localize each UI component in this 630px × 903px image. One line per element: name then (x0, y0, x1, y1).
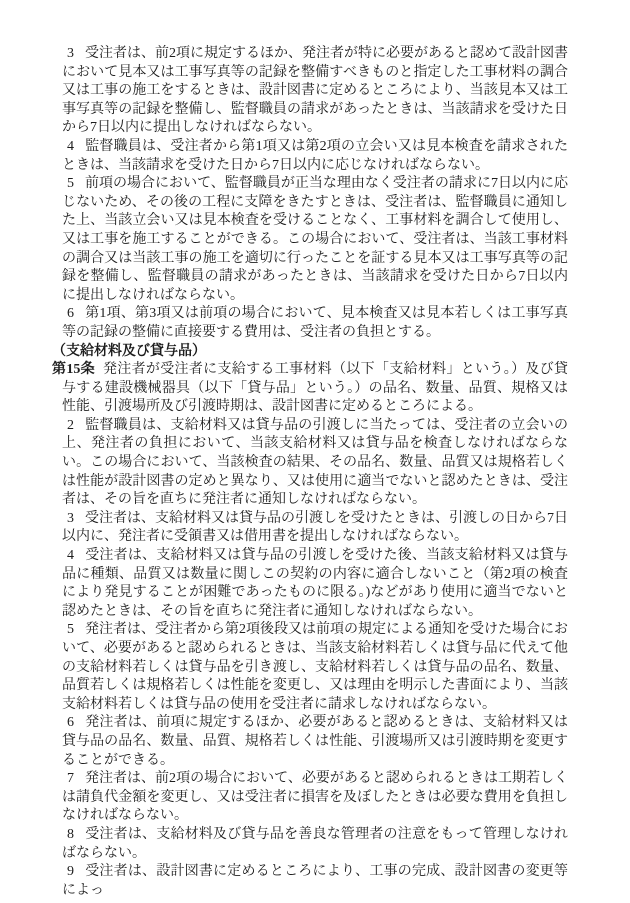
clause-text: 監督職員は、支給材料又は貸与品の引渡しに当たっては、受注者の立会いの上、発注者の… (62, 418, 568, 507)
clause-number: 5 (62, 176, 85, 191)
clause-number: 3 (62, 46, 85, 61)
clause-paragraph: 4監督職員は、受注者から第1項又は第2項の立会い又は見本検査を請求されたときは、… (62, 138, 568, 175)
clause-paragraph: 9受注者は、設計図書に定めるところにより、工事の完成、設計図書の変更等によっ (62, 863, 568, 900)
clause-text: 前項の場合において、監督職員が正当な理由なく受注者の請求に7日以内に応じないため… (62, 176, 568, 303)
clause-number: 8 (62, 827, 85, 842)
clause-text: 発注者は、前2項の場合において、必要があると認められるときは工期若しくは請負代金… (62, 771, 568, 823)
section-heading: （支給材料及び貸与品） (52, 343, 568, 362)
clause-text: 受注者は、支給材料又は貸与品の引渡しを受けたときは、引渡しの日から7日以内に、発… (62, 511, 568, 545)
clause-paragraph: 3受注者は、前2項に規定するほか、発注者が特に必要があると認めて設計図書において… (62, 45, 568, 138)
article-paragraph: 第15条発注者が受注者に支給する工事材料（以下「支給材料」という。）及び貸与する… (62, 361, 568, 417)
clause-paragraph: 5前項の場合において、監督職員が正当な理由なく受注者の請求に7日以内に応じないた… (62, 175, 568, 305)
clause-text: 監督職員は、受注者から第1項又は第2項の立会い又は見本検査を請求されたときは、当… (62, 139, 568, 173)
document-page: 3受注者は、前2項に規定するほか、発注者が特に必要があると認めて設計図書において… (0, 0, 630, 903)
clause-paragraph: 4受注者は、支給材料又は貸与品の引渡しを受けた後、当該支給材料又は貸与品に種類、… (62, 547, 568, 621)
clause-paragraph: 8受注者は、支給材料及び貸与品を善良な管理者の注意をもって管理しなければならない… (62, 826, 568, 863)
clause-number: 2 (62, 418, 85, 433)
clause-paragraph: 5発注者は、受注者から第2項後段又は前項の規定による通知を受けた場合において、必… (62, 621, 568, 714)
clause-number: 4 (62, 139, 85, 154)
clause-paragraph: 6第1項、第3項又は前項の場合において、見本検査又は見本若しくは工事写真等の記録… (62, 305, 568, 342)
clause-text: 発注者は、受注者から第2項後段又は前項の規定による通知を受けた場合において、必要… (62, 622, 568, 711)
clause-paragraph: 2監督職員は、支給材料又は貸与品の引渡しに当たっては、受注者の立会いの上、発注者… (62, 417, 568, 510)
clause-number: 6 (62, 306, 85, 321)
article-number: 第15条 (52, 362, 103, 377)
clause-text: 第1項、第3項又は前項の場合において、見本検査又は見本若しくは工事写真等の記録の… (62, 306, 568, 340)
clause-number: 6 (62, 715, 85, 730)
clause-paragraph: 3受注者は、支給材料又は貸与品の引渡しを受けたときは、引渡しの日から7日以内に、… (62, 510, 568, 547)
clause-text: 発注者は、前項に規定するほか、必要があると認めるときは、支給材料又は貸与品の品名… (62, 715, 568, 767)
article-text: 発注者が受注者に支給する工事材料（以下「支給材料」という。）及び貸与する建設機械… (62, 362, 568, 414)
clause-text: 受注者は、支給材料又は貸与品の引渡しを受けた後、当該支給材料又は貸与品に種類、品… (62, 548, 568, 619)
clause-paragraph: 6発注者は、前項に規定するほか、必要があると認めるときは、支給材料又は貸与品の品… (62, 714, 568, 770)
clause-number: 3 (62, 511, 85, 526)
clause-number: 5 (62, 622, 85, 637)
clause-text: 受注者は、支給材料及び貸与品を善良な管理者の注意をもって管理しなければならない。 (62, 827, 568, 861)
clause-number: 4 (62, 548, 85, 563)
clause-text: 受注者は、前2項に規定するほか、発注者が特に必要があると認めて設計図書において見… (62, 46, 568, 135)
clause-number: 7 (62, 771, 85, 786)
clause-text: 受注者は、設計図書に定めるところにより、工事の完成、設計図書の変更等によっ (62, 864, 568, 898)
clause-number: 9 (62, 864, 85, 879)
clause-paragraph: 7発注者は、前2項の場合において、必要があると認められるときは工期若しくは請負代… (62, 770, 568, 826)
